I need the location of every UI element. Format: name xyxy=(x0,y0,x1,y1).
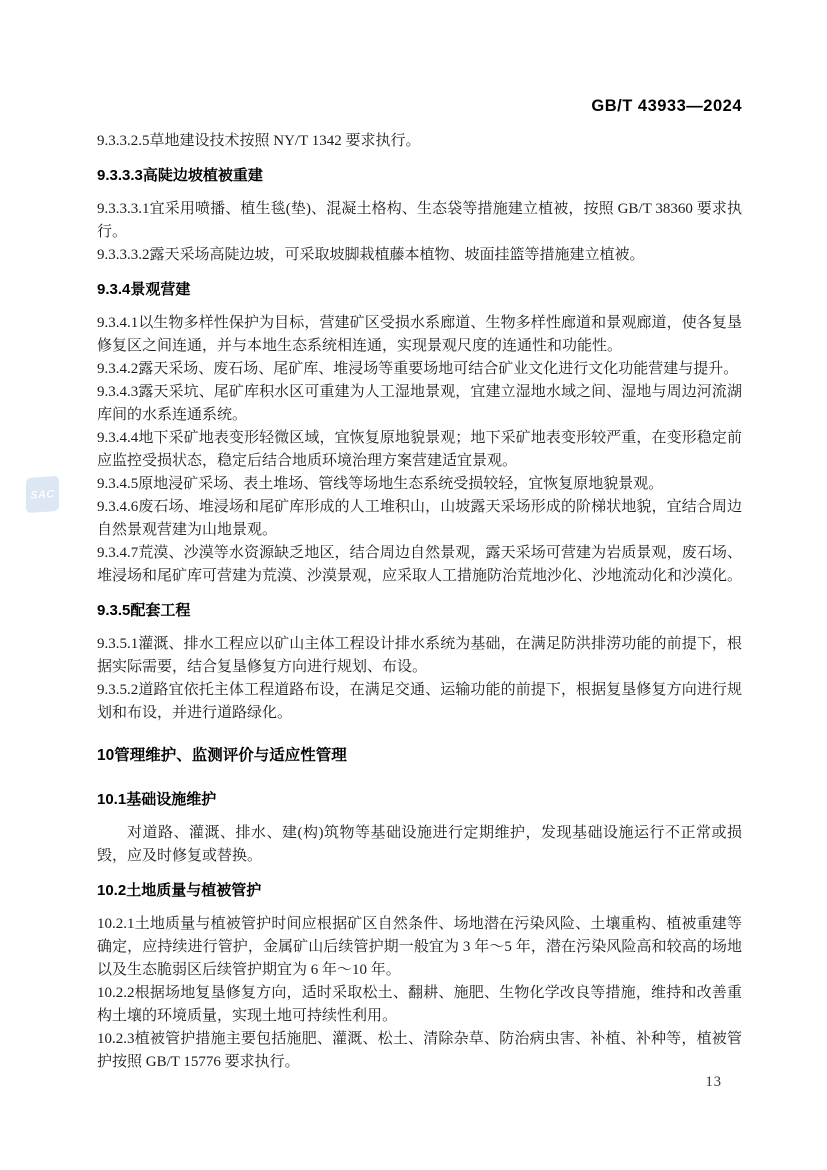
clause-number: 9.3.4.7 xyxy=(97,545,138,561)
heading-title: 配套工程 xyxy=(130,602,190,619)
clause-number: 9.3.3.2.5 xyxy=(97,133,150,149)
clause-paragraph: 9.3.3.3.2露天采场高陡边坡，可采取坡脚栽植藤本植物、坡面挂篮等措施建立植… xyxy=(97,244,742,267)
clause-text: 植被管护措施主要包括施肥、灌溉、松土、清除杂草、防治病虫害、补植、补种等，植被管… xyxy=(97,1031,742,1070)
document-header: GB/T 43933—2024 xyxy=(97,97,742,116)
clause-number: 9.3.3.3.2 xyxy=(97,247,150,263)
clause-text: 地下采矿地表变形轻微区域，宜恢复原地貌景观；地下采矿地表变形较严重，在变形稳定前… xyxy=(97,430,742,469)
clause-text: 道路宜依托主体工程道路布设，在满足交通、运输功能的前提下，根据复垦修复方向进行规… xyxy=(97,682,742,721)
clause-text: 宜采用喷播、植生毯(垫)、混凝土格构、生态袋等措施建立植被，按照 GB/T 38… xyxy=(97,201,742,240)
clause-number: 10 xyxy=(97,747,114,764)
clause-paragraph: 10.2.2根据场地复垦修复方向，适时采取松土、翻耕、施肥、生物化学改良等措施，… xyxy=(97,982,742,1028)
clause-number: 9.3.3.3.1 xyxy=(97,201,150,217)
clause-text: 土地质量与植被管护时间应根据矿区自然条件、场地潜在污染风险、土壤重构、植被重建等… xyxy=(97,916,742,978)
clause-number: 9.3.5.2 xyxy=(97,682,138,698)
clause-number: 9.3.4.2 xyxy=(97,361,138,377)
clause-number: 10.2.1 xyxy=(97,916,135,932)
sac-watermark-text: SAC xyxy=(30,488,55,502)
clause-text: 草地建设技术按照 NY/T 1342 要求执行。 xyxy=(150,133,421,149)
heading-title: 高陡边坡植被重建 xyxy=(143,167,263,184)
clause-text: 露天采坑、尾矿库积水区可重建为人工湿地景观，宜建立湿地水域之间、湿地与周边河流湖… xyxy=(97,384,742,423)
heading-title: 基础设施维护 xyxy=(126,791,216,808)
clause-number: 10.1 xyxy=(97,791,126,808)
clause-paragraph: 9.3.5.2道路宜依托主体工程道路布设，在满足交通、运输功能的前提下，根据复垦… xyxy=(97,679,742,725)
clause-paragraph: 9.3.4.6废石场、堆浸场和尾矿库形成的人工堆积山，山坡露天采场形成的阶梯状地… xyxy=(97,496,742,542)
document-body: 9.3.3.2.5草地建设技术按照 NY/T 1342 要求执行。9.3.3.3… xyxy=(97,130,742,1074)
clause-number: 9.3.4.4 xyxy=(97,430,138,446)
clause-number: 9.3.4.5 xyxy=(97,476,138,492)
clause-paragraph: 10.2.3植被管护措施主要包括施肥、灌溉、松土、清除杂草、防治病虫害、补植、补… xyxy=(97,1028,742,1074)
clause-paragraph: 9.3.4.5原地浸矿采场、表土堆场、管线等场地生态系统受损较轻，宜恢复原地貌景… xyxy=(97,473,742,496)
clause-number: 9.3.4.6 xyxy=(97,499,138,515)
clause-text: 荒漠、沙漠等水资源缺乏地区，结合周边自然景观，露天采场可营建为岩质景观，废石场、… xyxy=(97,545,742,584)
clause-paragraph: 9.3.3.2.5草地建设技术按照 NY/T 1342 要求执行。 xyxy=(97,130,742,153)
clause-paragraph: 9.3.4.7荒漠、沙漠等水资源缺乏地区，结合周边自然景观，露天采场可营建为岩质… xyxy=(97,542,742,588)
clause-text: 废石场、堆浸场和尾矿库形成的人工堆积山，山坡露天采场形成的阶梯状地貌，宜结合周边… xyxy=(97,499,742,538)
clause-number: 9.3.5 xyxy=(97,602,130,619)
section-heading: 10.2土地质量与植被管护 xyxy=(97,879,742,902)
clause-number: 9.3.4.1 xyxy=(97,315,138,331)
clause-number: 10.2.2 xyxy=(97,985,135,1001)
clause-number: 10.2.3 xyxy=(97,1031,135,1047)
clause-text: 露天采场高陡边坡，可采取坡脚栽植藤本植物、坡面挂篮等措施建立植被。 xyxy=(150,247,645,263)
body-paragraph: 对道路、灌溉、排水、建(构)筑物等基础设施进行定期维护，发现基础设施运行不正常或… xyxy=(97,822,742,868)
clause-number: 10.2 xyxy=(97,882,126,899)
clause-number: 9.3.5.1 xyxy=(97,636,138,652)
section-heading: 9.3.3.3高陡边坡植被重建 xyxy=(97,164,742,187)
clause-text: 根据场地复垦修复方向，适时采取松土、翻耕、施肥、生物化学改良等措施，维持和改善重… xyxy=(97,985,742,1024)
heading-title: 景观营建 xyxy=(130,281,190,298)
clause-text: 原地浸矿采场、表土堆场、管线等场地生态系统受损较轻，宜恢复原地貌景观。 xyxy=(138,476,663,492)
clause-paragraph: 10.2.1土地质量与植被管护时间应根据矿区自然条件、场地潜在污染风险、土壤重构… xyxy=(97,913,742,982)
clause-number: 9.3.4 xyxy=(97,281,130,298)
clause-paragraph: 9.3.5.1灌溉、排水工程应以矿山主体工程设计排水系统为基础，在满足防洪排涝功… xyxy=(97,633,742,679)
section-heading: 10.1基础设施维护 xyxy=(97,788,742,811)
clause-text: 对道路、灌溉、排水、建(构)筑物等基础设施进行定期维护，发现基础设施运行不正常或… xyxy=(97,825,742,864)
document-page: SAC GB/T 43933—2024 9.3.3.2.5草地建设技术按照 NY… xyxy=(0,0,827,1170)
clause-number: 9.3.4.3 xyxy=(97,384,138,400)
section-heading: 9.3.5配套工程 xyxy=(97,599,742,622)
section-heading: 9.3.4景观营建 xyxy=(97,278,742,301)
chapter-heading: 10管理维护、监测评价与适应性管理 xyxy=(97,744,742,767)
clause-paragraph: 9.3.4.1以生物多样性保护为目标，营建矿区受损水系廊道、生物多样性廊道和景观… xyxy=(97,312,742,358)
clause-paragraph: 9.3.4.3露天采坑、尾矿库积水区可重建为人工湿地景观，宜建立湿地水域之间、湿… xyxy=(97,381,742,427)
heading-title: 管理维护、监测评价与适应性管理 xyxy=(114,747,347,764)
clause-paragraph: 9.3.3.3.1宜采用喷播、植生毯(垫)、混凝土格构、生态袋等措施建立植被，按… xyxy=(97,198,742,244)
clause-text: 灌溉、排水工程应以矿山主体工程设计排水系统为基础，在满足防洪排涝功能的前提下，根… xyxy=(97,636,742,675)
clause-text: 露天采场、废石场、尾矿库、堆浸场等重要场地可结合矿业文化进行文化功能营建与提升。 xyxy=(138,361,738,377)
clause-number: 9.3.3.3 xyxy=(97,167,143,184)
clause-text: 以生物多样性保护为目标，营建矿区受损水系廊道、生物多样性廊道和景观廊道，使各复垦… xyxy=(97,315,742,354)
standard-number: GB/T 43933—2024 xyxy=(591,97,742,115)
clause-paragraph: 9.3.4.2露天采场、废石场、尾矿库、堆浸场等重要场地可结合矿业文化进行文化功… xyxy=(97,358,742,381)
page-number: 13 xyxy=(706,1074,723,1091)
clause-paragraph: 9.3.4.4地下采矿地表变形轻微区域，宜恢复原地貌景观；地下采矿地表变形较严重… xyxy=(97,427,742,473)
heading-title: 土地质量与植被管护 xyxy=(126,882,261,899)
sac-watermark: SAC xyxy=(26,476,59,513)
